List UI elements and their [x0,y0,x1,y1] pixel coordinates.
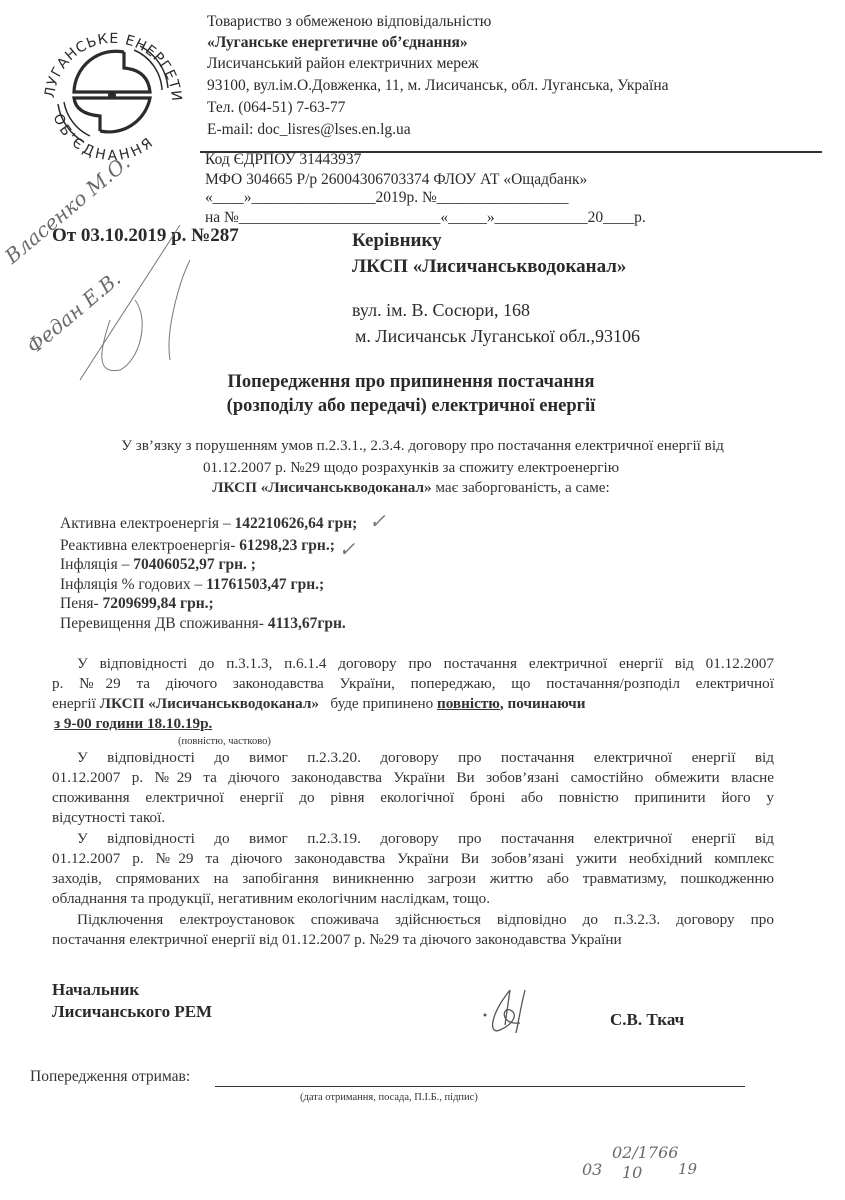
cutoff-scope-note: (повністю, частково) [178,736,271,747]
registration-number: 02/1766 [612,1143,678,1162]
paragraph-2-3-20: У відповідності до вимог п.2.3.20. догов… [52,748,774,828]
intro-line-2: 01.12.2007 р. №29 щодо розрахунків за сп… [0,459,822,477]
receipt-caption: (дата отримання, посада, П.І.Б., підпис) [300,1092,478,1103]
signatory-position-2: Лисичанського РЕМ [52,1002,212,1022]
recipient-title: Керівнику [352,230,442,252]
company-phone: Тел. (064-51) 7-63-77 [207,98,345,118]
registration-year: 19 [678,1160,697,1178]
signature-mark [480,985,570,1040]
company-address: 93100, вул.ім.О.Довженка, 11, м. Лисичан… [207,76,669,96]
signatory-name: С.В. Ткач [610,1010,684,1030]
debtor-name: ЛКСП «Лисичанськводоканал» [212,479,431,496]
recipient-street: вул. ім. В. Сосюри, 168 [352,300,530,321]
company-division: Лисичанський район електричних мереж [207,54,479,74]
recipient-organization: ЛКСП «Лисичанськводоканал» [352,256,626,278]
paragraph-2-3-19: У відповідності до вимог п.2.3.19. догов… [52,829,774,909]
paragraph-reconnection: Підключення електроустановок споживача з… [52,910,774,950]
debt-item-inflation: Інфляція – 70406052,97 грн. ; [60,555,386,575]
checkmark-icon: ✓ [339,537,356,561]
document-title-line-2: (розподілу або передачі) електричної ене… [0,396,822,417]
handwritten-signature-strokes [40,220,190,380]
incoming-number-field: на №__________________________«_____»___… [205,208,646,228]
debt-item-excess-consumption: Перевищення ДВ споживання- 4113,67грн. [60,614,386,634]
intro-line-3: ЛКСП «Лисичанськводоканал» має заборгова… [0,479,822,497]
signatory-position-1: Начальник [52,980,139,1000]
debt-list: Активна електроенергія – 142210626,64 гр… [60,512,386,633]
company-name: «Луганське енергетичне об’єднання» [207,33,468,53]
registration-day: 03 [582,1160,602,1179]
svg-text:ОБ'ЄДНАННЯ: ОБ'ЄДНАННЯ [49,111,158,160]
debt-item-active-energy: Активна електроенергія – 142210626,64 гр… [60,512,386,534]
company-type: Товариство з обмеженою відповідальністю [207,12,491,32]
company-logo: ЛУГАНСЬКЕ ЕНЕРГЕТИЧНЕ ОБ'ЄДНАННЯ [14,10,200,160]
debt-item-reactive-energy: Реактивна електроенергія- 61298,23 грн.;… [60,534,386,556]
outgoing-number-field: «____»________________2019р. №__________… [205,188,569,208]
checkmark-icon: ✓ [369,509,386,533]
registration-month: 10 [622,1163,642,1182]
intro-line-1: У зв’язку з порушенням умов п.2.3.1., 2.… [0,437,845,455]
recipient-city: м. Лисичанськ Луганської обл.,93106 [355,326,640,347]
receipt-signature-line[interactable] [215,1086,745,1087]
cutoff-scope: повністю [437,695,500,712]
company-bank-details: МФО 304665 Р/р 26004306703374 ФЛОУ АТ «О… [205,170,587,190]
company-edrpou: Код ЄДРПОУ 31443937 [205,150,361,170]
debt-item-penalty: Пеня- 7209699,84 грн.; [60,594,386,614]
warning-paragraph: У відповідності до п.3.1.3, п.6.1.4 дого… [52,654,774,734]
debt-item-annual-interest: Інфляція % годових – 11761503,47 грн.; [60,575,386,595]
receipt-label: Попередження отримав: [30,1068,190,1086]
cutoff-date: з 9-00 години 18.10.19р. [52,714,774,734]
company-email: E-mail: doc_lisres@lses.en.lg.ua [207,120,411,140]
